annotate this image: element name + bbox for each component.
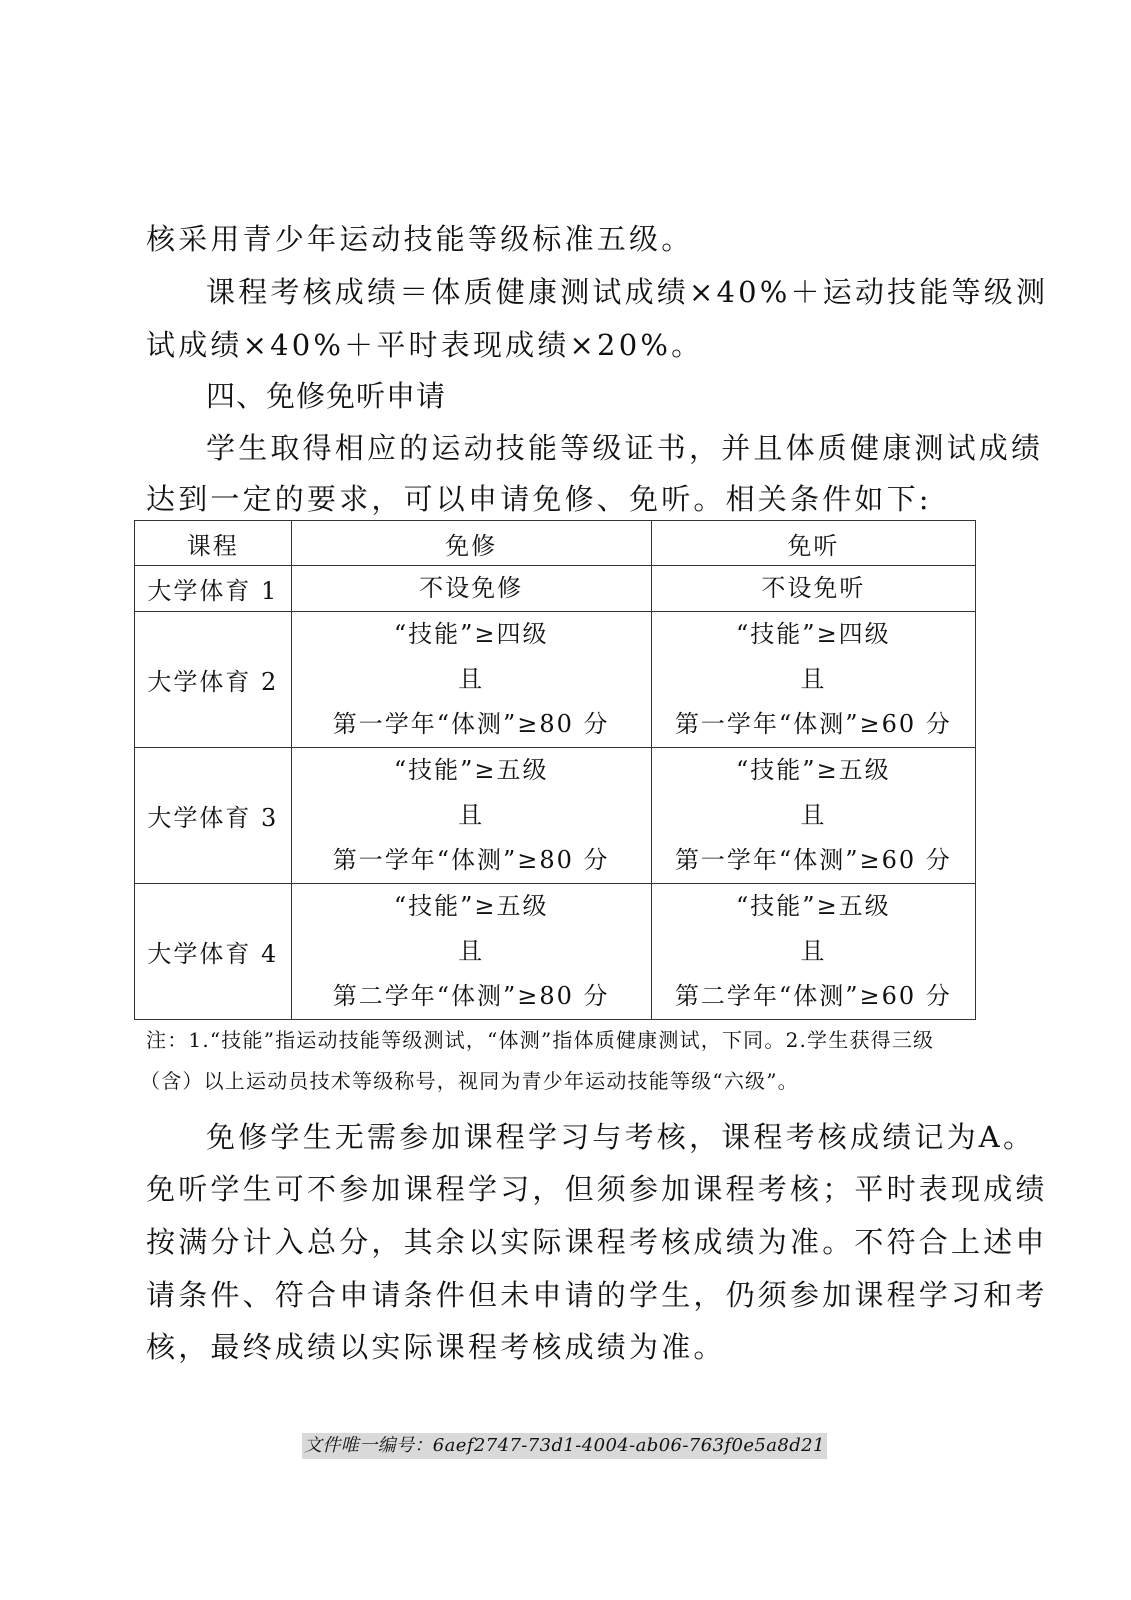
table-row: 大学体育 3 “技能”≥五级 且 第一学年“体测”≥80 分 “技能”≥五级 且… bbox=[135, 748, 976, 884]
document-page: 核采用青少年运动技能等级标准五级。 课程考核成绩＝体质健康测试成绩×40%＋运动… bbox=[0, 0, 1131, 1600]
closing-line-3: 按满分计入总分，其余以实际课程考核成绩为准。不符合上述申 bbox=[146, 1222, 1048, 1262]
course-cell: 大学体育 4 bbox=[135, 884, 292, 1020]
course-cell: 大学体育 1 bbox=[135, 566, 292, 612]
table-row: 大学体育 4 “技能”≥五级 且 第二学年“体测”≥80 分 “技能”≥五级 且… bbox=[135, 884, 976, 1020]
fitness-condition: 第一学年“体测”≥80 分 bbox=[292, 838, 651, 883]
closing-line-4: 请条件、符合申请条件但未申请的学生，仍须参加课程学习和考 bbox=[146, 1275, 1048, 1315]
closing-line-1: 免修学生无需参加课程学习与考核，课程考核成绩记为A。 bbox=[206, 1117, 1035, 1157]
exempt-attendance-cell: “技能”≥五级 且 第二学年“体测”≥60 分 bbox=[651, 884, 975, 1020]
intro-line-2: 达到一定的要求，可以申请免修、免听。相关条件如下: bbox=[146, 479, 932, 519]
table-header-row: 课程 免修 免听 bbox=[135, 521, 976, 566]
section-heading: 四、免修免听申请 bbox=[206, 376, 446, 416]
fitness-condition: 第一学年“体测”≥60 分 bbox=[652, 838, 975, 883]
skill-condition: “技能”≥五级 bbox=[292, 884, 651, 929]
exempt-study-cell: 不设免修 bbox=[291, 566, 651, 612]
table-row: 大学体育 2 “技能”≥四级 且 第一学年“体测”≥80 分 “技能”≥四级 且… bbox=[135, 612, 976, 748]
and-connector: 且 bbox=[652, 793, 975, 838]
exempt-attendance-cell: 不设免听 bbox=[651, 566, 975, 612]
paragraph-line: 核采用青少年运动技能等级标准五级。 bbox=[146, 219, 693, 259]
skill-condition: “技能”≥五级 bbox=[652, 748, 975, 793]
condition-text: 不设免听 bbox=[652, 566, 975, 611]
exempt-study-cell: “技能”≥五级 且 第二学年“体测”≥80 分 bbox=[291, 884, 651, 1020]
and-connector: 且 bbox=[292, 793, 651, 838]
table-note-line-1: 注：1.“技能”指运动技能等级测试，“体测”指体质健康测试，下同。2.学生获得三… bbox=[146, 1025, 934, 1055]
table-row: 大学体育 1 不设免修 不设免听 bbox=[135, 566, 976, 612]
skill-condition: “技能”≥四级 bbox=[292, 612, 651, 657]
exemption-conditions-table: 课程 免修 免听 大学体育 1 不设免修 不设免听 大学体育 2 “技能”≥四级… bbox=[134, 520, 976, 1020]
exempt-study-cell: “技能”≥五级 且 第一学年“体测”≥80 分 bbox=[291, 748, 651, 884]
table-note-line-2: （含）以上运动员技术等级称号，视同为青少年运动技能等级“六级”。 bbox=[140, 1066, 799, 1096]
and-connector: 且 bbox=[292, 929, 651, 974]
skill-condition: “技能”≥四级 bbox=[652, 612, 975, 657]
skill-condition: “技能”≥五级 bbox=[652, 884, 975, 929]
header-course: 课程 bbox=[135, 521, 292, 566]
and-connector: 且 bbox=[652, 657, 975, 702]
fitness-condition: 第一学年“体测”≥60 分 bbox=[652, 702, 975, 747]
condition-text: 不设免修 bbox=[292, 566, 651, 611]
skill-condition: “技能”≥五级 bbox=[292, 748, 651, 793]
course-cell: 大学体育 2 bbox=[135, 612, 292, 748]
exempt-attendance-cell: “技能”≥四级 且 第一学年“体测”≥60 分 bbox=[651, 612, 975, 748]
header-exempt-attendance: 免听 bbox=[651, 521, 975, 566]
exempt-study-cell: “技能”≥四级 且 第一学年“体测”≥80 分 bbox=[291, 612, 651, 748]
and-connector: 且 bbox=[652, 929, 975, 974]
closing-line-5: 核，最终成绩以实际课程考核成绩为准。 bbox=[146, 1327, 726, 1367]
formula-line: 课程考核成绩＝体质健康测试成绩×40%＋运动技能等级测 bbox=[206, 272, 1048, 312]
closing-line-2: 免听学生可不参加课程学习，但须参加课程考核；平时表现成绩 bbox=[146, 1169, 1048, 1209]
exempt-attendance-cell: “技能”≥五级 且 第一学年“体测”≥60 分 bbox=[651, 748, 975, 884]
document-unique-id: 文件唯一编号：6aef2747-73d1-4004-ab06-763f0e5a8… bbox=[302, 1433, 827, 1459]
header-exempt-study: 免修 bbox=[291, 521, 651, 566]
intro-line-1: 学生取得相应的运动技能等级证书，并且体质健康测试成绩 bbox=[206, 428, 1043, 468]
fitness-condition: 第二学年“体测”≥80 分 bbox=[292, 974, 651, 1019]
fitness-condition: 第二学年“体测”≥60 分 bbox=[652, 974, 975, 1019]
fitness-condition: 第一学年“体测”≥80 分 bbox=[292, 702, 651, 747]
course-cell: 大学体育 3 bbox=[135, 748, 292, 884]
and-connector: 且 bbox=[292, 657, 651, 702]
formula-line-continued: 试成绩×40%＋平时表现成绩×20%。 bbox=[146, 325, 703, 365]
